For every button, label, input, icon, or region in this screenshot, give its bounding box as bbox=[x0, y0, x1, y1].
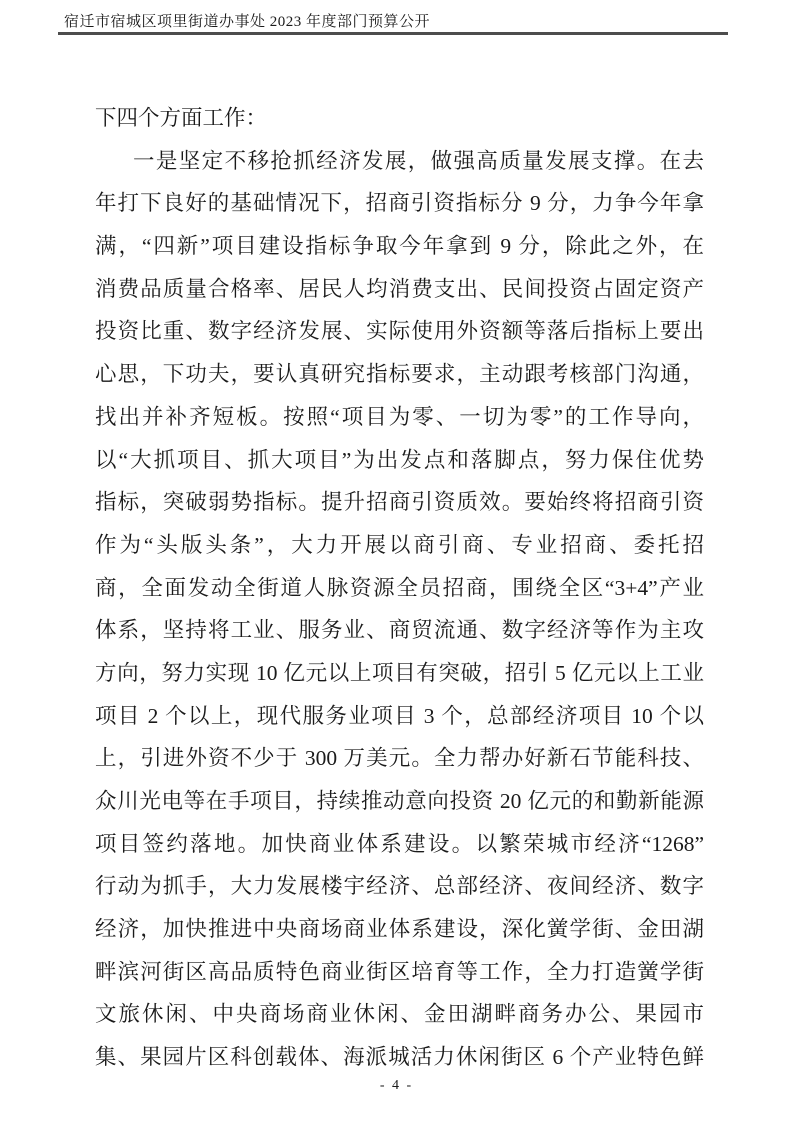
text-line: 集、果园片区科创载体、海派城活力休闲街区 6 个产业特色鲜 bbox=[95, 1036, 704, 1079]
text-line: 经济，加快推进中央商场商业体系建设，深化黉学街、金田湖 bbox=[95, 908, 704, 951]
text-line: 众川光电等在手项目，持续推动意向投资 20 亿元的和勤新能源 bbox=[95, 780, 704, 823]
page-header-title: 宿迁市宿城区项里街道办事处 2023 年度部门预算公开 bbox=[64, 12, 430, 32]
text-line: 项目签约落地。加快商业体系建设。以繁荣城市经济“1268” bbox=[95, 823, 704, 866]
text-line: 上，引进外资不少于 300 万美元。全力帮办好新石节能科技、 bbox=[95, 737, 704, 780]
text-line: 项目 2 个以上，现代服务业项目 3 个，总部经济项目 10 个以 bbox=[95, 695, 704, 738]
document-page: 宿迁市宿城区项里街道办事处 2023 年度部门预算公开 下四个方面工作： 一是坚… bbox=[0, 0, 793, 1122]
text-line: 心思，下功夫，要认真研究指标要求，主动跟考核部门沟通， bbox=[95, 353, 704, 396]
text-line: 畔滨河街区高品质特色商业街区培育等工作，全力打造黉学街 bbox=[95, 951, 704, 994]
text-line: 找出并补齐短板。按照“项目为零、一切为零”的工作导向， bbox=[95, 396, 704, 439]
text-line: 以“大抓项目、抓大项目”为出发点和落脚点，努力保住优势 bbox=[95, 439, 704, 482]
text-line: 商，全面发动全街道人脉资源全员招商，围绕全区“3+4”产业 bbox=[95, 567, 704, 610]
text-line: 一是坚定不移抢抓经济发展，做强高质量发展支撑。在去 bbox=[95, 140, 704, 183]
text-line: 作为“头版头条”，大力开展以商引商、专业招商、委托招 bbox=[95, 524, 704, 567]
header-rule bbox=[58, 32, 728, 35]
text-line: 体系，坚持将工业、服务业、商贸流通、数字经济等作为主攻 bbox=[95, 609, 704, 652]
text-line: 消费品质量合格率、居民人均消费支出、民间投资占固定资产 bbox=[95, 268, 704, 311]
text-line: 年打下良好的基础情况下，招商引资指标分 9 分，力争今年拿 bbox=[95, 182, 704, 225]
text-line: 行动为抓手，大力发展楼宇经济、总部经济、夜间经济、数字 bbox=[95, 865, 704, 908]
text-line: 投资比重、数字经济发展、实际使用外资额等落后指标上要出 bbox=[95, 310, 704, 353]
text-line: 下四个方面工作： bbox=[95, 97, 704, 140]
text-line: 满，“四新”项目建设指标争取今年拿到 9 分，除此之外，在 bbox=[95, 225, 704, 268]
document-body: 下四个方面工作： 一是坚定不移抢抓经济发展，做强高质量发展支撑。在去 年打下良好… bbox=[95, 97, 704, 1079]
page-number: - 4 - bbox=[0, 1078, 793, 1094]
text-line: 文旅休闲、中央商场商业休闲、金田湖畔商务办公、果园市 bbox=[95, 993, 704, 1036]
text-line: 指标，突破弱势指标。提升招商引资质效。要始终将招商引资 bbox=[95, 481, 704, 524]
text-line: 方向，努力实现 10 亿元以上项目有突破，招引 5 亿元以上工业 bbox=[95, 652, 704, 695]
